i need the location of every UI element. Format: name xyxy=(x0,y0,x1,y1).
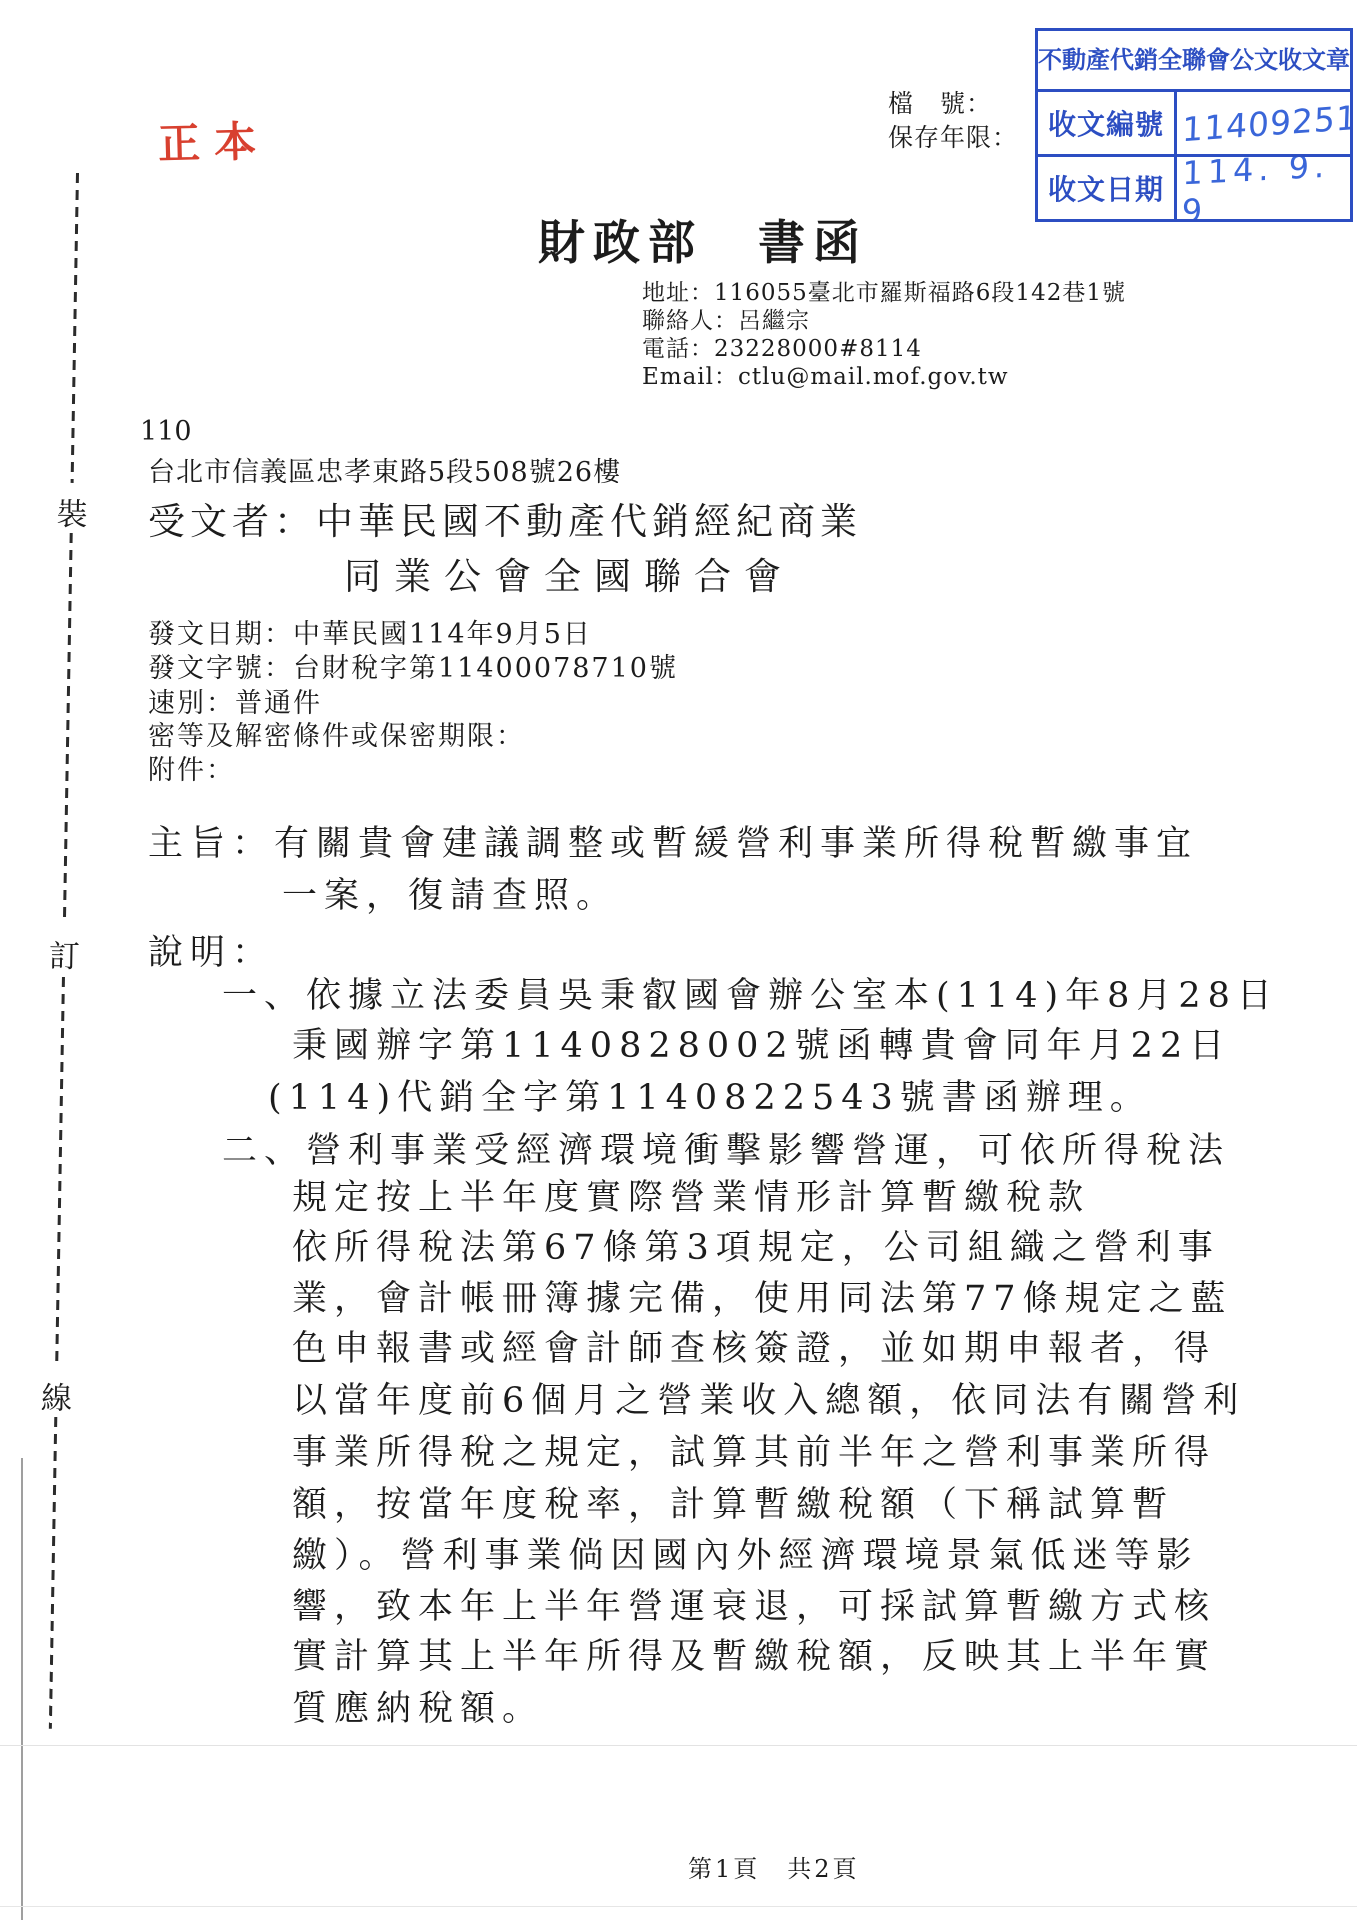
sender-address: 地址：116055臺北市羅斯福路6段142巷1號 xyxy=(642,279,1126,307)
item2-line-8: 額，按當年度稅率，計算暫繳稅額（下稱試算暫 xyxy=(292,1477,1174,1527)
receipt-stamp: 不動產代銷全聯會公文收文章 收文編號 11409251 收文日期 114. 9.… xyxy=(1035,28,1353,222)
document-title: 財政部 書函 xyxy=(538,206,868,273)
item1-line-2: 秉國辦字第1140828002號函轉貴會同年月22日 xyxy=(292,1018,1231,1068)
sender-contact-person: 聯絡人：呂繼宗 xyxy=(642,307,1126,335)
meta-attachment: 附件： xyxy=(148,748,235,787)
receipt-date-row: 收文日期 114. 9. 9 xyxy=(1038,154,1350,219)
sender-contact-block: 地址：116055臺北市羅斯福路6段142巷1號 聯絡人：呂繼宗 電話：2322… xyxy=(642,279,1126,391)
subject-line-2: 一案，復請查照。 xyxy=(282,868,618,918)
recipient-name-line1: 受文者：中華民國不動產代銷經紀商業 xyxy=(148,491,862,545)
binding-mark-ding: 訂 xyxy=(47,931,82,977)
recipient-address: 台北市信義區忠孝東路5段508號26樓 xyxy=(148,450,621,489)
sender-email: Email：ctlu@mail.mof.gov.tw xyxy=(642,363,1126,391)
binding-dash-segment xyxy=(55,977,65,1363)
scan-artifact-horizontal-line xyxy=(0,1745,1357,1746)
recipient-postal-code: 110 xyxy=(140,416,192,447)
binding-dash-segment xyxy=(63,533,73,923)
scan-artifact-vertical-line xyxy=(21,1458,23,1920)
receipt-no-row: 收文編號 11409251 xyxy=(1038,92,1350,154)
item2-line-4: 業，會計帳冊簿據完備，使用同法第77條規定之藍 xyxy=(292,1271,1233,1321)
subject-line-1: 主旨：有關貴會建議調整或暫緩營利事業所得稅暫繳事宜 xyxy=(148,816,1198,866)
receipt-no-value: 11409251 xyxy=(1177,92,1350,154)
original-copy-stamp: 正本 xyxy=(157,109,271,172)
item2-line-6: 以當年度前6個月之營業收入總額，依同法有關營利 xyxy=(292,1373,1245,1423)
retention-period-label: 保存年限： xyxy=(888,118,1018,154)
meta-doc-number: 發文字號：台財稅字第11400078710號 xyxy=(148,646,678,685)
item2-line-12: 質應納稅額。 xyxy=(292,1681,544,1731)
binding-mark-zhuang: 裝 xyxy=(55,489,90,535)
receipt-stamp-header: 不動產代銷全聯會公文收文章 xyxy=(1038,31,1350,92)
binding-margin: 裝 訂 線 xyxy=(37,173,92,1733)
item2-line-1: 二、營利事業受經濟環境衝擊影響營運，可依所得稅法 xyxy=(222,1123,1230,1173)
item1-line-1: 一、依據立法委員吳秉叡國會辦公室本(114)年8月28日 xyxy=(222,968,1279,1018)
receipt-date-label: 收文日期 xyxy=(1038,157,1177,219)
item1-line-3: (114)代銷全字第1140822543號書函辦理。 xyxy=(268,1070,1152,1120)
scan-artifact-horizontal-line xyxy=(0,1906,1357,1907)
sender-phone: 電話：23228000#8114 xyxy=(642,335,1126,363)
recipient-name-line2: 同業公會全國聯合會 xyxy=(344,546,794,600)
item2-line-9: 繳）。營利事業倘因國內外經濟環境景氣低迷等影 xyxy=(292,1528,1199,1578)
item2-line-5: 色申報書或經會計師查核簽證，並如期申報者，得 xyxy=(292,1321,1216,1371)
item2-line-10: 響，致本年上半年營運衰退，可採試算暫繳方式核 xyxy=(292,1579,1216,1629)
receipt-date-value: 114. 9. 9 xyxy=(1177,157,1350,219)
scanned-official-letter: 正本 檔 號： 保存年限： 不動產代銷全聯會公文收文章 收文編號 1140925… xyxy=(0,0,1357,1920)
binding-mark-xian: 線 xyxy=(39,1373,74,1419)
binding-dash-segment xyxy=(71,173,79,483)
item2-line-3: 依所得稅法第67條第3項規定，公司組織之營利事 xyxy=(292,1220,1220,1270)
item2-line-11: 實計算其上半年所得及暫繳稅額，反映其上半年實 xyxy=(292,1629,1216,1679)
receipt-no-label: 收文編號 xyxy=(1038,92,1177,154)
binding-dash-segment xyxy=(49,1417,57,1729)
handwritten-receipt-date: 114. 9. 9 xyxy=(1181,157,1350,219)
item2-line-2: 規定按上半年度實際營業情形計算暫繳稅款 xyxy=(292,1170,1090,1220)
archive-no-label: 檔 號： xyxy=(888,84,992,120)
page-footer: 第1頁 共2頁 xyxy=(688,1849,860,1884)
item2-line-7: 事業所得稅之規定，試算其前半年之營利事業所得 xyxy=(292,1425,1216,1475)
handwritten-receipt-no: 11409251 xyxy=(1182,97,1350,148)
